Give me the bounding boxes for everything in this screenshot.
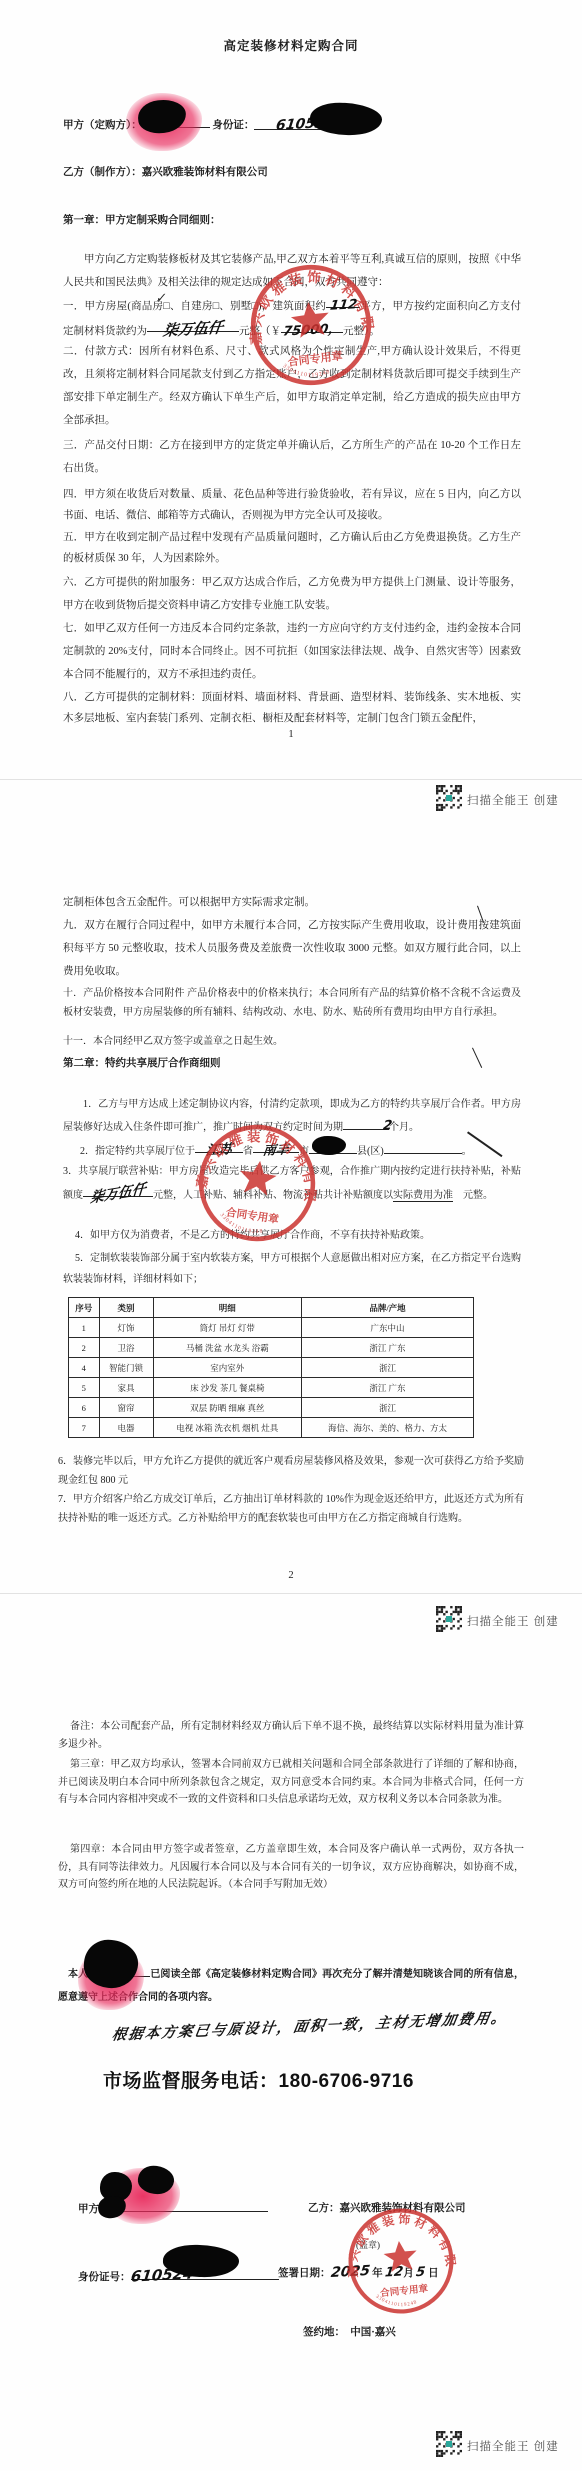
table-header-row: 序号类别明细品牌/产地: [69, 1298, 474, 1318]
amount-num-blank: 75000，: [281, 319, 343, 333]
table-header-cell: 类别: [99, 1298, 153, 1318]
handwritten-amount-chinese: 柒万伍仟: [162, 316, 225, 342]
table-cell: 4: [69, 1358, 100, 1378]
handwritten-city: 南丰: [262, 1138, 290, 1159]
amount-cn-blank: 柒万伍仟: [147, 318, 239, 332]
scanner-watermark: 扫描全能王 创建: [467, 792, 559, 808]
clause-1: 一．甲方房屋(商品房□、自建房□、别墅□)，建筑面积约112平方，甲方按约定面积…: [63, 294, 521, 343]
handwritten-year: 2025: [330, 2263, 371, 2281]
clause-6: 六．乙方可提供的附加服务：甲乙双方达成合作后，乙方免费为甲方提供上门测量、设计等…: [63, 571, 521, 617]
chapter2-heading: 第二章：特约共享展厅合作商细则: [63, 1055, 221, 1070]
handwritten-province: 江苏: [205, 1138, 233, 1159]
province-label: 省: [243, 1146, 253, 1157]
item-3-underlined: 实际费用为准: [393, 1190, 453, 1202]
table-cell: 筒灯 吊灯 灯带: [153, 1318, 301, 1338]
clause-8: 八．乙方可提供的定制材料：顶面材料、墙面材料、背景画、造型材料、装饰线条、实木地…: [63, 687, 521, 729]
svg-text:合同专用章: 合同专用章: [225, 1206, 280, 1226]
item-1: 1．乙方与甲方达成上述定制协议内容，付清约定款项，即成为乙方的特约共享展厅合作者…: [63, 1094, 521, 1139]
handwritten-note: 根据本方案已与原设计，面积一致，主材无增加费用。: [110, 2006, 509, 2044]
handwritten-months: 2: [362, 1115, 394, 1139]
place-value: 中国·嘉兴: [350, 2327, 396, 2338]
subsidy-blank: 柒万伍仟: [83, 1183, 153, 1197]
chapter1-heading: 第一章：甲方定制采购合同细则：: [63, 212, 221, 227]
table-cell: 浙江: [302, 1398, 474, 1418]
clause-11: 十一．本合同经甲乙双方签字或盖章之日起生效。: [63, 1032, 521, 1051]
chapter4-paragraph: 第四章：本合同由甲方签字或者签章，乙方盖章即生效，本合同及客户确认单一式两份，双…: [58, 1841, 524, 1894]
day-label: 日: [428, 2268, 439, 2279]
city-blank: 南丰: [253, 1139, 299, 1153]
table-header-cell: 序号: [69, 1298, 100, 1318]
clause-8-continued: 定制柜体包含五金配件。可以根据甲方实际需求定制。: [63, 891, 521, 914]
table-cell: 灯饰: [99, 1318, 153, 1338]
table-cell: 广东中山: [302, 1318, 474, 1338]
table-row: 7电器电视 冰箱 洗衣机 烟机 灶具海信、海尔、美的、格力、方太: [69, 1418, 474, 1438]
table-header-cell: 品牌/产地: [302, 1298, 474, 1318]
clause-5: 五．甲方在收到定制产品过程中发现有产品质量问题时，乙方确认后由乙方免费退换货。乙…: [63, 527, 521, 569]
handwritten-checkbox-mark: ✓: [155, 291, 168, 307]
months-blank: 2: [343, 1116, 389, 1130]
item-6: 6．装修完毕以后，甲方允许乙方提供的就近客户观看房屋装修风格及效果，参观一次可获…: [58, 1452, 524, 1490]
table-cell: 双层 防晒 细麻 真丝: [153, 1398, 301, 1418]
clause-7: 七．如甲乙双方任何一方违反本合同约定条款，违约一方应向守约方支付违约金，违约金按…: [63, 617, 521, 686]
scanned-contract-document: 高定装修材料定购合同 甲方（定购方）： 身份证：6105241 乙方（制作方）：…: [0, 0, 582, 2471]
county-blank-2: [384, 1140, 462, 1154]
seal-smudge-dots: .... ..: [222, 1252, 254, 1261]
table-cell: 智能门锁: [99, 1358, 153, 1378]
handwritten-subsidy-amount: 柒万伍仟: [89, 1178, 146, 1209]
city-label: 市: [299, 1146, 309, 1157]
item-1-text2: 个月。: [389, 1122, 419, 1133]
clause-4: 四．甲方须在收货后对数量、质量、花色品种等进行验货验收，若有异议，应在 5 日内…: [63, 484, 521, 526]
clause-1-text: 一．甲方房屋(商品房□、自建房□、别墅□)，建筑面积约: [63, 301, 326, 312]
clause-9: 九．双方在履行合同过程中，如甲方未履行本合同，乙方按实际产生费用收取，设计费用按…: [63, 914, 521, 983]
table-cell: 床 沙发 茶几 餐桌椅: [153, 1378, 301, 1398]
company-seal: 嘉兴欧雅装饰材料有限公司合同专用章3304110119248: [341, 2201, 462, 2322]
party-a-id-label: 身份证：: [212, 120, 254, 131]
handwritten-month: 12: [384, 2264, 404, 2280]
redaction-county: [312, 1136, 346, 1155]
county-label: 县(区): [357, 1146, 384, 1157]
table-cell: 室内室外: [153, 1358, 301, 1378]
page-number-1: 1: [0, 729, 582, 740]
table-cell: 5: [69, 1378, 100, 1398]
sign-date-label: 签署日期：: [278, 2268, 331, 2279]
table-cell: 7: [69, 1418, 100, 1438]
table-cell: 6: [69, 1398, 100, 1418]
table-header-cell: 明细: [153, 1298, 301, 1318]
handwritten-area: 112: [328, 293, 358, 318]
table-cell: 2: [69, 1338, 100, 1358]
clause-10: 十．产品价格按本合同附件 产品价格表中的价格来执行；本合同所有产品的结算价格不含…: [63, 985, 521, 1022]
table-row: 4智能门锁室内室外浙江: [69, 1358, 474, 1378]
item-5: 5．定制软装装饰部分属于室内软装方案，甲方可根据个人意愿做出相对应方案，在乙方指…: [63, 1248, 521, 1290]
clause-2: 二．付款方式：因所有材料色系、尺寸、款式风格为个性定制生产,甲方确认设计效果后，…: [63, 340, 521, 432]
page-edge-line: [0, 1593, 582, 1594]
table-cell: 家具: [99, 1378, 153, 1398]
scanner-watermark: 扫描全能王 创建: [467, 1613, 559, 1629]
table-cell: 电视 冰箱 洗衣机 烟机 灶具: [153, 1418, 301, 1438]
qr-code-icon: [436, 1606, 462, 1632]
table-row: 1灯饰筒灯 吊灯 灯带广东中山: [69, 1318, 474, 1338]
clause-3: 三．产品交付日期：乙方在接到甲方的定货定单并确认后，乙方所生产的产品在 10-2…: [63, 434, 521, 480]
supervision-hotline: 市场监督服务电话：180-6706-9716: [103, 2066, 414, 2093]
page-edge-line: [0, 779, 582, 780]
remark-paragraph: 备注：本公司配套产品，所有定制材料经双方确认后下单不退不换，最终结算以实际材料用…: [58, 1718, 524, 1753]
year-label: 年: [372, 2268, 383, 2279]
area-blank: 112: [326, 294, 360, 308]
qr-code-icon: [436, 785, 462, 811]
materials-table: 序号类别明细品牌/产地 1灯饰筒灯 吊灯 灯带广东中山2卫浴马桶 洗盆 水龙头 …: [68, 1297, 474, 1438]
sign-id-label: 身份证号：: [78, 2272, 131, 2283]
table-cell: 卫浴: [99, 1338, 153, 1358]
sign-place-row: 签约地： 中国·嘉兴: [303, 2324, 396, 2339]
table-cell: 1: [69, 1318, 100, 1338]
item-3: 3．共享展厅联营补贴：甲方房屋改造完毕后供乙方客户参观，合作推广期内按约定进行扶…: [63, 1161, 521, 1207]
handwritten-day: 5: [416, 2265, 427, 2281]
table-row: 2卫浴马桶 洗盆 水龙头 浴霸浙江 广东: [69, 1338, 474, 1358]
table-cell: 浙江: [302, 1358, 474, 1378]
chapter3-paragraph: 第三章：甲乙双方均承认，签署本合同前双方已就相关问题和合同全部条款进行了详细的了…: [58, 1756, 524, 1809]
item-1-text: 1．乙方与甲方达成上述定制协议内容，付清约定款项，即成为乙方的特约共享展厅合作者…: [63, 1099, 521, 1133]
contract-title: 高定装修材料定购合同: [0, 36, 582, 54]
sign-party-b-line: 乙方：嘉兴欧雅装饰材料有限公司: [308, 2200, 466, 2215]
item-3-text3: 元整。: [463, 1190, 493, 1201]
place-label: 签约地：: [303, 2327, 340, 2338]
item-3-text2: 元整，人工补贴、辅料补贴、物流补贴共计补贴额度以: [153, 1190, 393, 1201]
province-blank: 江苏: [195, 1139, 243, 1153]
stamp-note: (盖章): [356, 2238, 380, 2251]
table-row: 5家具床 沙发 茶几 餐桌椅浙江 广东: [69, 1378, 474, 1398]
chapter1-intro: 甲方向乙方定购装修板材及其它装修产品,甲乙双方本着平等互利,真诚互信的原则，按照…: [63, 248, 521, 294]
scanner-watermark: 扫描全能王 创建: [467, 2438, 559, 2454]
svg-text:合同专用章: 合同专用章: [380, 2282, 429, 2299]
party-b-line: 乙方（制作方）：嘉兴欧雅装饰材料有限公司: [63, 164, 268, 179]
table-cell: 浙江 广东: [302, 1338, 474, 1358]
table-cell: 浙江 广东: [302, 1378, 474, 1398]
item-7: 7．甲方介绍客户给乙方成交订单后，乙方抽出订单材料款的 10%作为现金返还给甲方…: [58, 1490, 524, 1528]
table-cell: 窗帘: [99, 1398, 153, 1418]
table-cell: 马桶 洗盆 水龙头 浴霸: [153, 1338, 301, 1358]
month-label: 月: [403, 2268, 414, 2279]
item-2-text2: 。: [462, 1146, 472, 1157]
item-2-text: 2．指定特约共享展厅位于: [80, 1146, 195, 1157]
page-number-2: 2: [0, 1570, 582, 1581]
table-cell: 电器: [99, 1418, 153, 1438]
qr-code-icon: [436, 2431, 462, 2457]
clause-1-text4: 元整）。: [343, 326, 380, 337]
table-row: 6窗帘双层 防晒 细麻 真丝浙江: [69, 1398, 474, 1418]
item-2: 2．指定特约共享展厅位于江苏省南丰市县(区)。: [80, 1139, 472, 1157]
table-cell: 海信、海尔、美的、格力、方太: [302, 1418, 474, 1438]
item-4: 4．如甲方仅为消费者，不是乙方的特约共享展厅合作商，不享有扶持补贴政策。: [63, 1226, 521, 1246]
sign-date-row: 签署日期：2025 年 12月 5 日: [278, 2264, 439, 2280]
svg-text:3304110119248: 3304110119248: [374, 2290, 418, 2312]
clause-1-text3: 元整（￥: [239, 326, 281, 337]
